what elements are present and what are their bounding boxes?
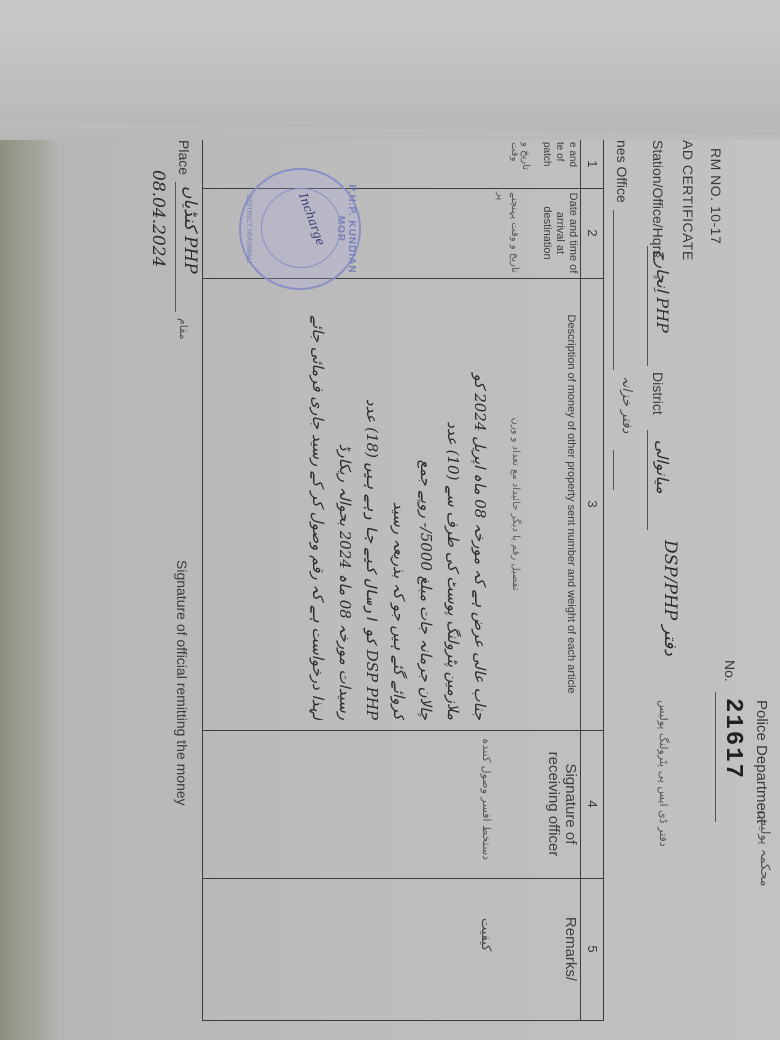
district-label: District [650,372,666,415]
description-line: چالان جرمانہ جات مبلغ 5000/- روپے جمع [412,288,439,720]
description-line: جناب عالی عرض ہے کہ مورخہ 08 ماہ اپریل 2… [466,288,493,720]
column-number: 1 [580,140,603,188]
description-line: لہذا درخواست ہے کہ رقم وصول کر کے رسید ج… [304,288,331,720]
office-value: دفتر خزانہ [619,376,634,433]
photo-shadow [0,140,60,1040]
description-line: رسیدات مورخہ 08 ماہ 2024 بحوالہ ریکارڈ [331,288,358,720]
serial-number-label: No. [722,660,738,682]
column-heading: Signature of receiving officer [543,730,581,878]
column-heading-urdu: تاریخ و وقت پہنچنے پر [493,192,521,278]
district-underline [647,430,648,530]
office-underline-2 [613,450,614,490]
column-number: 4 [580,730,603,878]
place-urdu: مقام [177,318,190,340]
column-heading: Remarks/ [560,878,581,1020]
column-number: 3 [580,278,603,730]
column-heading-urdu: تفصیل رقم یا دیگر جائیداد مع تعداد و وزن [510,278,521,730]
dsp-office-urdu: دفتر ڈی ایس پی پٹرولنگ پولیس [657,700,670,847]
column-remarks: 5 Remarks/ کیفیت [203,878,603,1020]
serial-number-underline [715,692,716,822]
column-heading-urdu: تاریخ و وقت [509,142,531,188]
place-label: Place [176,140,192,175]
column-number: 5 [580,878,603,1020]
station-value: اِنچارج PHP [653,250,672,333]
description-line: DSP PHP کو ارسال کیے جا رہے ہیں (18) عدد [358,288,385,720]
place-underline [175,182,176,312]
column-heading: Date and time of arrival at destination [538,188,581,278]
dsp-office-value: DSP/PHP دفتر [660,540,680,656]
column-heading: e and te of patch [540,142,579,167]
date-value: 08.04.2024 [148,170,168,267]
office-label: nes Office [614,140,630,203]
official-stamp: P.H.P. KUNDIAN MOR Incharge DISTRICT MIA… [239,168,361,290]
department-label: Police Department [753,700,770,823]
road-certificate-document: پرچہ نمبر ۱۰-۱۷ RM NO. 10-17 AD CERTIFIC… [40,140,780,1040]
description-line: کروائے گئے ہیں جو کہ بذریعہ رسید [385,288,412,720]
handwritten-description: جناب عالی عرض ہے کہ مورخہ 08 ماہ اپریل 2… [304,288,493,720]
column-heading: Description of money of other property s… [560,278,581,730]
serial-number-value: 21617 [719,698,746,780]
description-text: ملازمین پٹرولنگ پوسٹ کی طرف سے (10) عدد [444,421,462,720]
district-value: میانوالی [653,440,672,494]
column-description: 3 Description of money of other property… [203,278,603,731]
office-underline [613,210,614,370]
certificate-title: AD CERTIFICATE [680,140,696,261]
column-number: 2 [580,188,603,278]
description-line: ملازمین پٹرولنگ پوسٹ کی طرف سے (10) عدد [439,288,466,720]
remitting-official-signature-label: Signature of official remitting the mone… [174,560,190,806]
place-value: کنڈیاں PHP [180,186,200,274]
station-underline [647,246,648,366]
column-receiving-signature: 4 Signature of receiving officer دستخط ا… [203,730,603,879]
receiving-officer-urdu: دستخط افسر وصول کنندہ [480,738,493,860]
station-label: Station/Office/Hqrs [650,140,666,257]
stamp-bottom-text: DISTRICT MIANWALI [245,170,252,288]
department-urdu: محکمہ پولیس [757,810,772,887]
certificate-table: 1 e and te of patch تاریخ و وقت 2 Date a… [202,140,604,1021]
remarks-urdu: کیفیت [478,918,493,951]
document-page: پرچہ نمبر ۱۰-۱۷ RM NO. 10-17 AD CERTIFIC… [40,140,780,1040]
column-arrival: 2 Date and time of arrival at destinatio… [203,188,603,279]
form-number: RM NO. 10-17 [708,148,724,244]
